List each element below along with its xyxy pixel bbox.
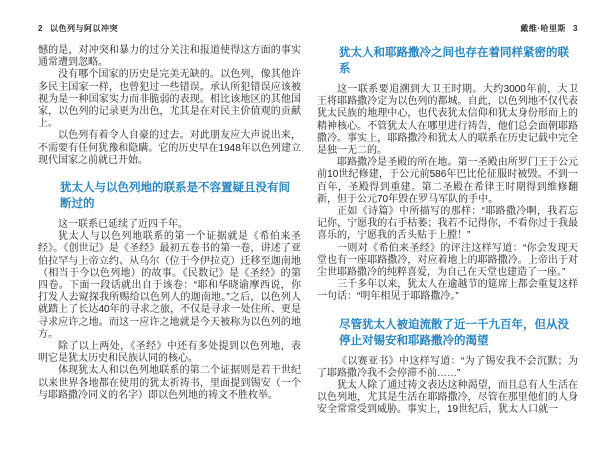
paragraph: 除了以上两处，《圣经》中还有多处提到以色列地，表明它是犹太历史和民族认同的核心。: [38, 341, 301, 365]
section-heading: 犹太人和耶路撒冷之间也存在着同样紧密的联系: [339, 45, 578, 77]
left-page-title: 以色列与阿以冲突: [50, 24, 118, 33]
section-heading: 尽管犹太人被迫流散了近一千九百年，但从没停止对锡安和耶路撒冷的渴望: [339, 317, 578, 349]
book-spread: 2以色列与阿以冲突 憾的是，对冲突和暴力的过分关注和报道使得这方面的事实通常遭到…: [0, 0, 600, 463]
paragraph: 憾的是，对冲突和暴力的过分关注和报道使得这方面的事实通常遭到忽略。: [38, 45, 301, 69]
paragraph: 以色列有着令人自豪的过去。对此朋友应大声说出来，不需要有任何犹豫和隐瞒。它的历史…: [38, 130, 301, 167]
paragraph: 正如《诗篇》中所描写的那样：“耶路撒冷啊，我若忘记你，宁愿我的右手枯萎；我若不记…: [317, 206, 578, 243]
paragraph: 一则对《希伯来圣经》的评注这样写道：“你会发现天堂也有一座耶路撒冷，对应着地上的…: [317, 243, 578, 280]
right-page-author: 戴维·哈里斯: [520, 24, 566, 33]
paragraph: 犹太人与以色列地联系的第一个证据就是《希伯来圣经》。《创世记》是《圣经》最初五卷…: [38, 231, 301, 341]
right-page-body: 犹太人和耶路撒冷之间也存在着同样紧密的联系这一联系要追溯到大卫王时期。大约300…: [317, 45, 578, 417]
paragraph: 耶路撒冷是圣殿的所在地。第一圣殿由所罗门王于公元前10世纪修建，于公元前586年…: [317, 157, 578, 206]
right-page-number: 3: [573, 24, 578, 33]
page-right: 戴维·哈里斯3 犹太人和耶路撒冷之间也存在着同样紧密的联系这一联系要追溯到大卫王…: [317, 23, 578, 417]
left-page-header: 2以色列与阿以冲突: [38, 23, 301, 34]
left-page-body: 憾的是，对冲突和暴力的过分关注和报道使得这方面的事实通常遭到忽略。没有哪个国家的…: [38, 45, 301, 402]
paragraph: 《以赛亚书》中这样写道：“为了锡安我不会沉默；为了耶路撒冷我不会停滞不前……”: [317, 356, 578, 380]
right-page-header: 戴维·哈里斯3: [317, 23, 578, 34]
paragraph: 三千多年以来，犹太人在逾越节的筵席上都会重复这样一句话：“明年相见于耶路撒冷。”: [317, 279, 578, 303]
paragraph: 这一联系要追溯到大卫王时期。大约3000年前，大卫王将耶路撒冷定为以色列的都城。…: [317, 84, 578, 157]
left-page-number: 2: [38, 24, 43, 33]
paragraph: 犹太人除了通过祷文表达这种渴望，而且总有人生活在以色列地，尤其是生活在耶路撒冷，…: [317, 380, 578, 417]
paragraph: 没有哪个国家的历史是完美无缺的。以色列，像其他许多民主国家一样，也曾犯过一些错误…: [38, 69, 301, 130]
page-left: 2以色列与阿以冲突 憾的是，对冲突和暴力的过分关注和报道使得这方面的事实通常遭到…: [38, 23, 301, 402]
paragraph: 这一联系已延续了近四千年。: [38, 219, 301, 231]
section-heading: 犹太人与以色列地的联系是不容置疑且没有间断过的: [60, 180, 301, 212]
paragraph: 体现犹太人和以色列地联系的第二个证据则是若干世纪以来世界各地都在使用的犹太祈祷书…: [38, 365, 301, 402]
